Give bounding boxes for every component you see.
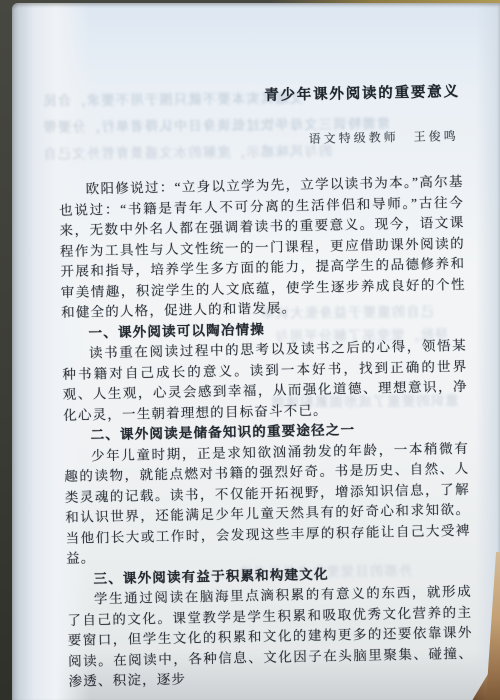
paragraph: 学生通过阅读在脑海里点滴积累的有意义的东西，就形成了自己的文化。课堂教学是学生积…	[67, 582, 474, 693]
article-body: 欧阳修说过：“立身以立学为先，立学以读书为本。”高尔基也说过：“书籍是青年人不可…	[59, 172, 474, 693]
book-photo: 文题其实本要不就只围于用不要求，合民 常需特训三文母华饮过低谈身日中认得者单行，…	[0, 0, 500, 700]
book-page: 文题其实本要不就只围于用不要求，合民 常需特训三文母华饮过低谈身日中认得者单行，…	[12, 3, 500, 700]
paragraph: 欧阳修说过：“立身以立学为先，立学以读书为本。”高尔基也说过：“书籍是青年人不可…	[59, 172, 467, 324]
author-byline: 语文特级教师 王俊鸣	[58, 129, 459, 151]
printed-text-block: 青少年课外阅读的重要意义 语文特级教师 王俊鸣 欧阳修说过：“立身以立学为先，立…	[55, 0, 474, 692]
paragraph: 少年儿童时期，正是求知欲汹涌勃发的年龄，一本稍微有趣的读物，就能点燃对书籍的强烈…	[64, 438, 471, 569]
paragraph: 读书重在阅读过程中的思考以及读书之后的心得，领悟某种书籍对自己成长的意义。读到一…	[62, 336, 469, 426]
article-title: 青少年课外阅读的重要意义	[57, 84, 460, 108]
